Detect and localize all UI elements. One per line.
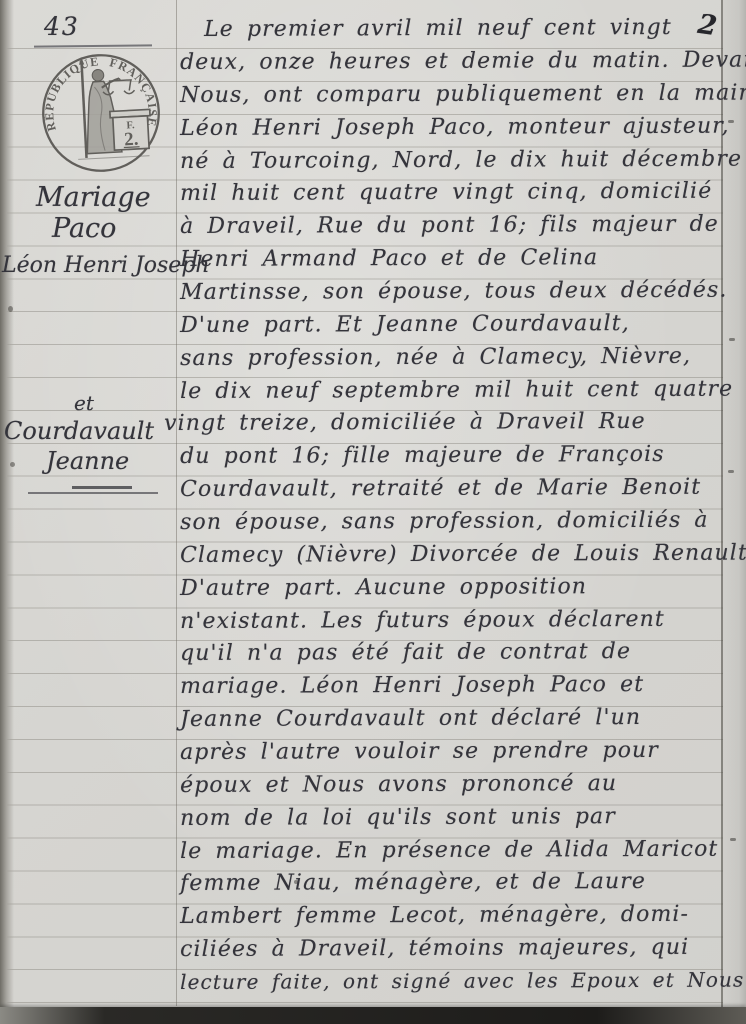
body-line: nom de la loi qu'ils sont unis par: [180, 804, 616, 831]
body-line: sans profession, née à Clamecy, Nièvre,: [180, 344, 691, 371]
body-line: Henri Armand Paco et de Celina: [180, 245, 598, 272]
margin-underline-thin: [28, 492, 158, 494]
body-line: mil huit cent quatre vingt cinq, domicil…: [180, 179, 712, 206]
ink-speck: [10, 462, 15, 467]
body-line: Clamecy (Nièvre) Divorcée de Louis Renau…: [180, 540, 746, 568]
act-number: 43: [44, 12, 80, 41]
body-line: Lambert femme Lecot, ménagère, domi-: [180, 902, 689, 929]
body-line: à Draveil, Rue du pont 16; fils majeur d…: [180, 212, 719, 239]
page-corner-number: 2: [696, 9, 719, 42]
body-line: Martinsse, son épouse, tous deux décédés…: [180, 278, 728, 305]
body-line: époux et Nous avons prononcé au: [180, 771, 617, 798]
body-line: Léon Henri Joseph Paco, monteur ajusteur…: [180, 114, 730, 141]
margin-underline-thick: [72, 486, 132, 489]
body-line: D'autre part. Aucune opposition: [180, 574, 587, 601]
body-line: mariage. Léon Henri Joseph Paco et: [180, 672, 644, 699]
stamp-denomination-box: F. 2.: [110, 109, 152, 151]
body-line: qu'il n'a pas été fait de contrat de: [180, 639, 631, 666]
margin-groom-given-names: Léon Henri Joseph: [2, 253, 210, 278]
body-line: le dix neuf septembre mil huit cent quat…: [180, 377, 733, 404]
republique-francaise-stamp: RÉPUBLIQUE FRANÇAISE: [35, 47, 167, 179]
margin-rule-line: [176, 0, 177, 1006]
registry-page: 43 2 RÉPUBLIQUE FRANÇAISE: [0, 0, 746, 1024]
margin-bride-surname: Courdavault: [4, 417, 154, 445]
body-line: Le premier avril mil neuf cent vingt: [204, 15, 672, 42]
margin-record-type: Mariage: [36, 182, 151, 213]
body-line: le mariage. En présence de Alida Maricot: [180, 837, 718, 864]
body-line: du pont 16; fille majeure de François: [180, 442, 665, 469]
body-line: ciliées à Draveil, témoins majeures, qui: [180, 935, 689, 962]
body-line: vingt treize, domiciliée à Draveil Rue: [164, 409, 646, 436]
stitch-mark: [730, 838, 736, 841]
body-line: Nous, ont comparu publiquement en la mai…: [180, 80, 746, 108]
body-line: femme Niau, ménagère, et de Laure: [180, 869, 646, 896]
body-line: né à Tourcoing, Nord, le dix huit décemb…: [180, 147, 742, 174]
stitch-mark: [729, 338, 735, 341]
ink-speck: [8, 306, 13, 312]
margin-groom-surname: Paco: [52, 213, 116, 244]
body-line: son épouse, sans profession, domiciliés …: [180, 508, 709, 535]
body-line: lecture faite, ont signé avec les Epoux …: [180, 968, 744, 994]
binding-edge-left: [0, 0, 14, 1024]
stitch-mark: [728, 470, 734, 473]
body-line: Courdavault, retraité et de Marie Benoit: [180, 475, 701, 502]
margin-connector: et: [74, 391, 94, 415]
body-line: Jeanne Courdavault ont déclaré l'un: [180, 705, 641, 732]
body-line: après l'autre vouloir se prendre pour: [180, 738, 659, 765]
body-line: deux, onze heures et demie du matin. Dev…: [180, 47, 746, 75]
bottom-scan-band: [0, 1007, 746, 1024]
body-line: D'une part. Et Jeanne Courdavault,: [180, 311, 630, 338]
margin-bride-given-name: Jeanne: [46, 447, 129, 475]
body-line: n'existant. Les futurs époux déclarent: [180, 607, 665, 634]
